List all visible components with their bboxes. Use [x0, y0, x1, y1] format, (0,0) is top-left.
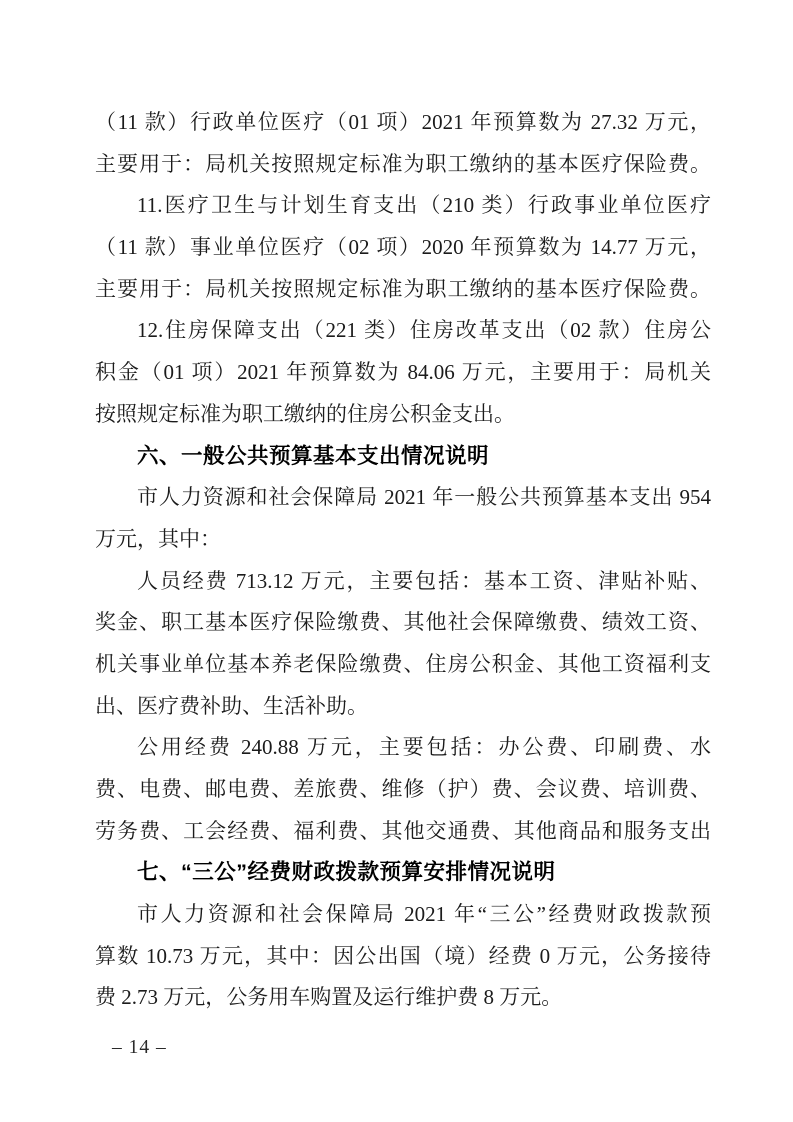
text-line: 人员经费 713.12 万元，主要包括：基本工资、津贴补贴、 [95, 561, 711, 603]
text-line: 主要用于：局机关按照规定标准为职工缴纳的基本医疗保险费。 [95, 144, 711, 186]
paragraph-basic-expenditure-total: 市人力资源和社会保障局 2021 年一般公共预算基本支出 954万元，其中： [95, 477, 711, 560]
text-line: 市人力资源和社会保障局 2021 年一般公共预算基本支出 954 [95, 477, 711, 519]
paragraph-item-12-housing-security: 12.住房保障支出（221 类）住房改革支出（02 款）住房公积金（01 项）2… [95, 310, 711, 435]
paragraph-personnel-funds: 人员经费 713.12 万元，主要包括：基本工资、津贴补贴、奖金、职工基本医疗保… [95, 561, 711, 728]
text-line: 算数 10.73 万元，其中：因公出国（境）经费 0 万元，公务接待 [95, 936, 711, 978]
text-line: 公用经费 240.88 万元，主要包括：办公费、印刷费、水 [95, 727, 711, 769]
paragraph-admin-unit-medical-continued: （11 款）行政单位医疗（01 项）2021 年预算数为 27.32 万元，主要… [95, 102, 711, 185]
text-line: 积金（01 项）2021 年预算数为 84.06 万元，主要用于：局机关 [95, 352, 711, 394]
text-line: 劳务费、工会经费、福利费、其他交通费、其他商品和服务支出 [95, 811, 711, 853]
text-line: 市人力资源和社会保障局 2021 年“三公”经费财政拨款预 [95, 894, 711, 936]
text-line: （11 款）行政单位医疗（01 项）2021 年预算数为 27.32 万元， [95, 102, 711, 144]
text-line: 万元，其中： [95, 519, 711, 561]
text-line: 按照规定标准为职工缴纳的住房公积金支出。 [95, 394, 711, 436]
section-heading-line: 六、一般公共预算基本支出情况说明 [95, 436, 711, 478]
text-line: 奖金、职工基本医疗保险缴费、其他社会保障缴费、绩效工资、 [95, 602, 711, 644]
paragraph-item-11-medical-health: 11.医疗卫生与计划生育支出（210 类）行政事业单位医疗（11 款）事业单位医… [95, 185, 711, 310]
section-heading-line: 七、“三公”经费财政拨款预算安排情况说明 [95, 852, 711, 894]
text-line: （11 款）事业单位医疗（02 项）2020 年预算数为 14.77 万元， [95, 227, 711, 269]
section-heading-7-three-public-funds: 七、“三公”经费财政拨款预算安排情况说明 [95, 852, 711, 894]
page-number: – 14 – [112, 1034, 167, 1062]
text-line: 主要用于：局机关按照规定标准为职工缴纳的基本医疗保险费。 [95, 269, 711, 311]
paragraph-three-public-funds-detail: 市人力资源和社会保障局 2021 年“三公”经费财政拨款预算数 10.73 万元… [95, 894, 711, 1019]
paragraph-public-funds: 公用经费 240.88 万元，主要包括：办公费、印刷费、水费、电费、邮电费、差旅… [95, 727, 711, 852]
section-heading-6-basic-expenditure: 六、一般公共预算基本支出情况说明 [95, 436, 711, 478]
text-line: 机关事业单位基本养老保险缴费、住房公积金、其他工资福利支 [95, 644, 711, 686]
text-line: 12.住房保障支出（221 类）住房改革支出（02 款）住房公 [95, 310, 711, 352]
text-line: 费 2.73 万元，公务用车购置及运行维护费 8 万元。 [95, 977, 711, 1019]
text-line: 出、医疗费补助、生活补助。 [95, 686, 711, 728]
document-page: （11 款）行政单位医疗（01 项）2021 年预算数为 27.32 万元，主要… [0, 0, 793, 1122]
document-body: （11 款）行政单位医疗（01 项）2021 年预算数为 27.32 万元，主要… [95, 102, 711, 1019]
text-line: 费、电费、邮电费、差旅费、维修（护）费、会议费、培训费、 [95, 769, 711, 811]
text-line: 11.医疗卫生与计划生育支出（210 类）行政事业单位医疗 [95, 185, 711, 227]
